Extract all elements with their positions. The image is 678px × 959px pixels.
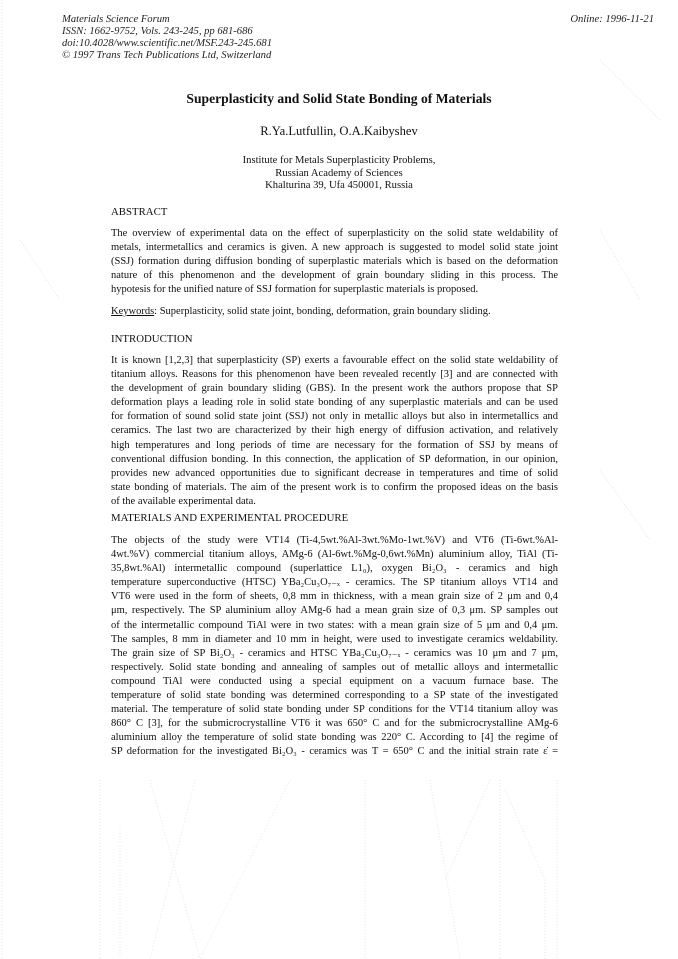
- text-line: hypotesis for the unified nature of SSJ …: [111, 283, 558, 297]
- text-line: It is known [1,2,3] that superplasticity…: [111, 354, 558, 368]
- journal-name: Materials Science Forum: [62, 14, 272, 26]
- text-line: the development of grain boundary slidin…: [111, 382, 558, 396]
- journal-header: Materials Science Forum ISSN: 1662-9752,…: [62, 14, 272, 62]
- text-line: temperature of solid state bonding was d…: [111, 689, 558, 703]
- text-line: metals, intermetallics and ceramics is g…: [111, 241, 558, 255]
- text-line: SP deformation for the investigated Bi₂O…: [111, 745, 558, 759]
- keywords: Keywords: Superplasticity, solid state j…: [111, 306, 491, 317]
- text-line: high temperatures and long periods of ti…: [111, 439, 558, 453]
- introduction-heading: INTRODUCTION: [111, 333, 193, 345]
- text-line: material. The temperature of solid state…: [111, 703, 558, 717]
- text-line: compound TiAl were conducted using a spe…: [111, 675, 558, 689]
- abstract-body: The overview of experimental data on the…: [111, 227, 558, 297]
- text-line: The overview of experimental data on the…: [111, 227, 558, 241]
- materials-body: The objects of the study were VT14 (Ti-4…: [111, 534, 558, 760]
- copyright-line: © 1997 Trans Tech Publications Ltd, Swit…: [62, 50, 272, 62]
- text-line: VT6 were used in the form of sheets, 0,8…: [111, 590, 558, 604]
- introduction-body: It is known [1,2,3] that superplasticity…: [111, 354, 558, 509]
- text-line: μm, respectively. The SP aluminium alloy…: [111, 604, 558, 618]
- text-line: state bonding of materials. The aim of t…: [111, 481, 558, 495]
- text-line: The objects of the study were VT14 (Ti-4…: [111, 534, 558, 548]
- paper-authors: R.Ya.Lutfullin, O.A.Kaibyshev: [0, 124, 678, 139]
- text-line: provides new advanced opportunities due …: [111, 467, 558, 481]
- text-line: deformation plays a leading role in soli…: [111, 396, 558, 410]
- text-line: aluminium alloy the temperature of solid…: [111, 731, 558, 745]
- materials-heading: MATERIALS AND EXPERIMENTAL PROCEDURE: [111, 512, 348, 524]
- text-line: 4wt.%V) commercial titanium alloys, AMg-…: [111, 548, 558, 562]
- issn-line: ISSN: 1662-9752, Vols. 243-245, pp 681-6…: [62, 26, 272, 38]
- keywords-text: : Superplasticity, solid state joint, bo…: [154, 306, 490, 317]
- text-line: respectively. Solid state bonding and an…: [111, 661, 558, 675]
- affiliation-line: Russian Academy of Sciences: [0, 168, 678, 181]
- abstract-heading: ABSTRACT: [111, 206, 167, 218]
- paper-title: Superplasticity and Solid State Bonding …: [0, 91, 678, 107]
- text-line: nature of this phenomenon and the develo…: [111, 269, 558, 283]
- affiliation-line: Institute for Metals Superplasticity Pro…: [0, 155, 678, 168]
- text-line: 35,8wt.%Al) intermetallic compound (supe…: [111, 562, 558, 576]
- doi-link[interactable]: doi:10.4028/www.scientific.net/MSF.243-2…: [62, 38, 272, 50]
- text-line: conventional diffusion bonding. In this …: [111, 453, 558, 467]
- text-line: for formation of sound solid state joint…: [111, 410, 558, 424]
- text-line: (SSJ) formation during diffusion bonding…: [111, 255, 558, 269]
- text-line: titanium alloys. Reasons for this phenom…: [111, 368, 558, 382]
- text-line: of the intermetallic compound TiAl were …: [111, 619, 558, 633]
- author-affiliation: Institute for Metals Superplasticity Pro…: [0, 155, 678, 193]
- online-date: Online: 1996-11-21: [570, 14, 654, 26]
- text-line: The grain size of SP Bi₂O₃ - ceramics an…: [111, 647, 558, 661]
- text-line: The samples, 8 mm in diameter and 10 mm …: [111, 633, 558, 647]
- text-line: of the available experimental data.: [111, 495, 558, 509]
- keywords-label: Keywords: [111, 306, 154, 317]
- text-line: temperature superconductive (HTSC) YBa₂C…: [111, 576, 558, 590]
- affiliation-line: Khalturina 39, Ufa 450001, Russia: [0, 180, 678, 193]
- text-line: 860° C [3], for the submicrocrystalline …: [111, 717, 558, 731]
- text-line: ceramics. The last two are characterized…: [111, 424, 558, 438]
